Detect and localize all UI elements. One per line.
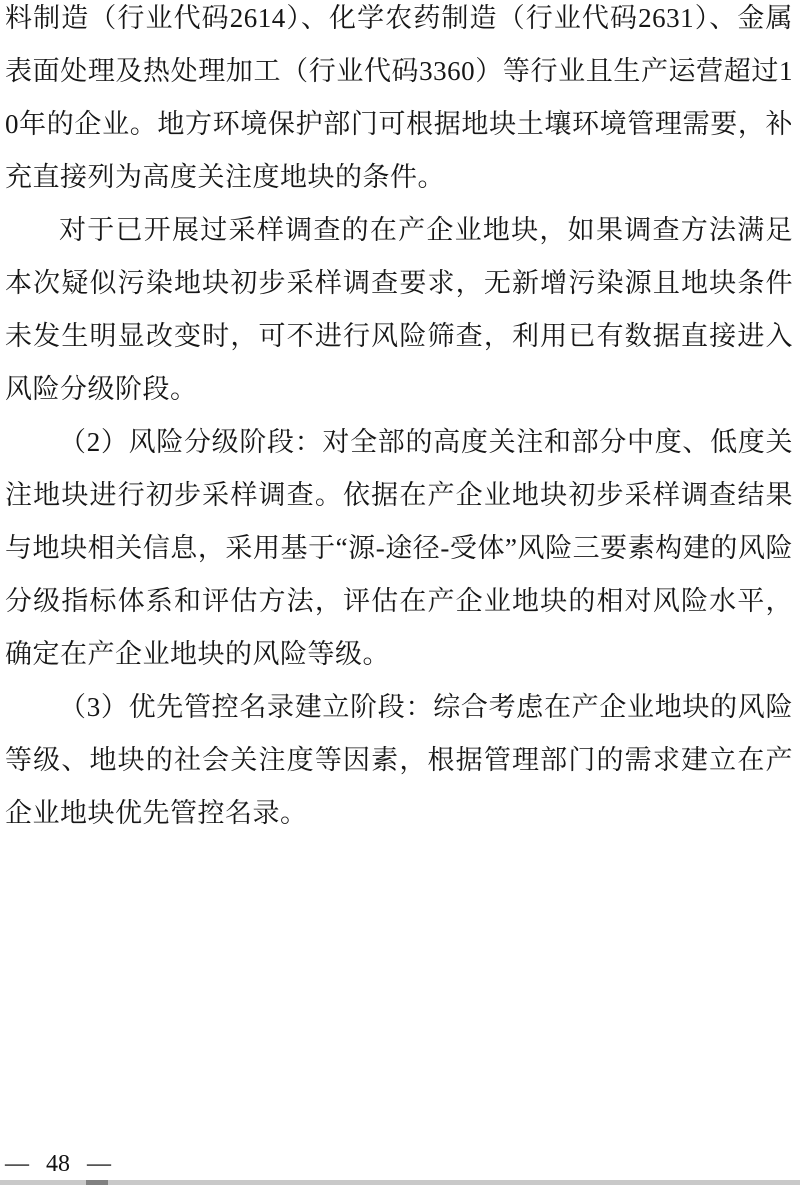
footer-dash-right: — bbox=[87, 1151, 111, 1177]
page-bottom-scan-edge bbox=[0, 1180, 800, 1185]
footer-dash-left: — bbox=[5, 1151, 29, 1177]
paragraph-item-3-priority-list: （3）优先管控名录建立阶段：综合考虑在产企业地块的风险等级、地块的社会关注度等因… bbox=[5, 681, 793, 840]
document-body: 料制造（行业代码2614）、化学农药制造（行业代码2631）、金属表面处理及热处… bbox=[5, 0, 793, 840]
scan-artifact-mark bbox=[86, 1180, 108, 1185]
paragraph-item-2-risk-grading: （2）风险分级阶段：对全部的高度关注和部分中度、低度关注地块进行初步采样调查。依… bbox=[5, 416, 793, 681]
page-number: 48 bbox=[46, 1151, 70, 1177]
paragraph-sampling-survey: 对于已开展过采样调查的在产企业地块，如果调查方法满足本次疑似污染地块初步采样调查… bbox=[5, 204, 793, 416]
page-footer: — 48 — bbox=[5, 1152, 111, 1176]
document-page: 料制造（行业代码2614）、化学农药制造（行业代码2631）、金属表面处理及热处… bbox=[0, 0, 800, 1185]
paragraph-continuation: 料制造（行业代码2614）、化学农药制造（行业代码2631）、金属表面处理及热处… bbox=[5, 0, 793, 204]
